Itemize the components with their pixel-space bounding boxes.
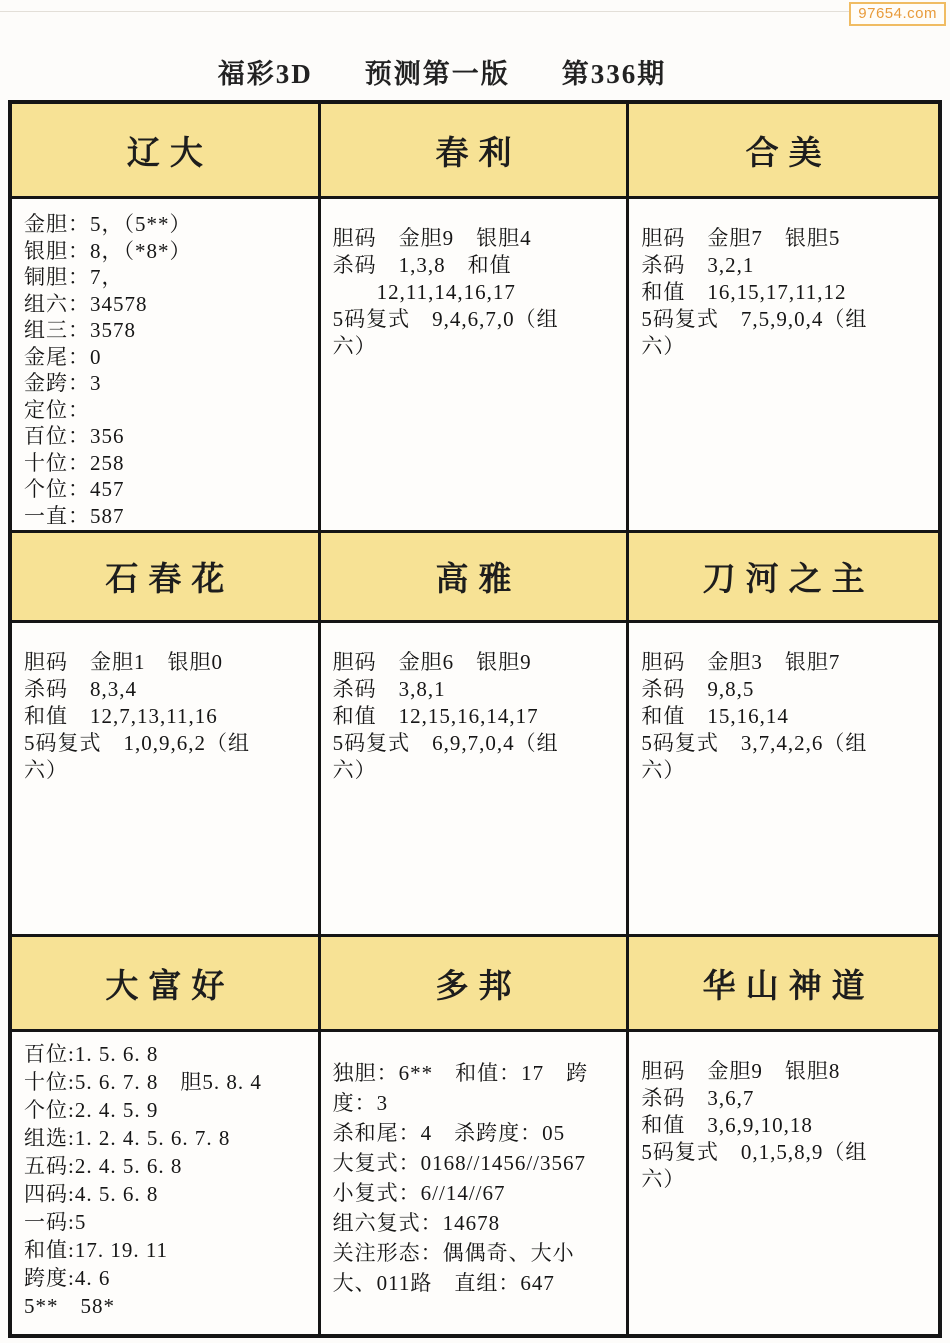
panel-4-body: 胆码 金胆6 银胆9 杀码 3,8,1 和值 12,15,16,14,17 5码… <box>321 623 630 937</box>
prediction-grid: 辽大 春利 合美 金胆：5，（5**） 银胆：8，（*8*） 铜胆：7， 组六：… <box>8 100 942 1338</box>
panel-3-body: 胆码 金胆1 银胆0 杀码 8,3,4 和值 12,7,13,11,16 5码复… <box>12 623 321 937</box>
panel-0-body: 金胆：5，（5**） 银胆：8，（*8*） 铜胆：7， 组六：34578 组三：… <box>12 199 321 533</box>
panel-8-name: 华山神道 <box>693 960 875 1007</box>
panel-2-name: 合美 <box>736 127 832 174</box>
panel-6-header: 大富好 <box>12 937 321 1032</box>
panel-2-header: 合美 <box>629 104 938 199</box>
panel-2-body: 胆码 金胆7 银胆5 杀码 3,2,1 和值 16,15,17,11,12 5码… <box>629 199 938 533</box>
title-edition: 预测第一版 <box>365 59 510 89</box>
panel-7-name: 多邦 <box>425 960 521 1007</box>
panel-0-name: 辽大 <box>117 127 213 174</box>
panel-4-name: 高雅 <box>425 553 521 600</box>
panel-4-header: 高雅 <box>321 533 630 623</box>
panel-6-body: 百位:1. 5. 6. 8 十位:5. 6. 7. 8 胆5. 8. 4 个位:… <box>12 1032 321 1334</box>
panel-1-body: 胆码 金胆9 银胆4 杀码 1,3,8 和值 12,11,14,16,17 5码… <box>321 199 630 533</box>
panel-5-name: 刀河之主 <box>693 553 875 600</box>
panel-5-header: 刀河之主 <box>629 533 938 623</box>
panel-7-header: 多邦 <box>321 937 630 1032</box>
panel-8-body: 胆码 金胆9 银胆8 杀码 3,6,7 和值 3,6,9,10,18 5码复式 … <box>629 1032 938 1334</box>
panel-8-header: 华山神道 <box>629 937 938 1032</box>
panel-1-name: 春利 <box>425 127 521 174</box>
top-divider <box>0 11 878 12</box>
prediction-sheet: 97654.com 福彩3D预测第一版第336期 辽大 春利 合美 金胆：5，（… <box>0 0 950 1343</box>
title-lottery: 福彩3D <box>218 59 313 89</box>
site-watermark: 97654.com <box>849 2 946 26</box>
panel-6-name: 大富好 <box>95 960 234 1007</box>
panel-3-name: 石春花 <box>95 553 234 600</box>
panel-1-header: 春利 <box>321 104 630 199</box>
panel-0-header: 辽大 <box>12 104 321 199</box>
panel-3-header: 石春花 <box>12 533 321 623</box>
panel-5-body: 胆码 金胆3 银胆7 杀码 9,8,5 和值 15,16,14 5码复式 3,7… <box>629 623 938 937</box>
panel-7-body: 独胆：6** 和值：17 跨度：3 杀和尾：4 杀跨度：05 大复式：0168/… <box>321 1032 630 1334</box>
page-title: 福彩3D预测第一版第336期 <box>0 52 884 91</box>
title-issue: 第336期 <box>562 59 667 89</box>
